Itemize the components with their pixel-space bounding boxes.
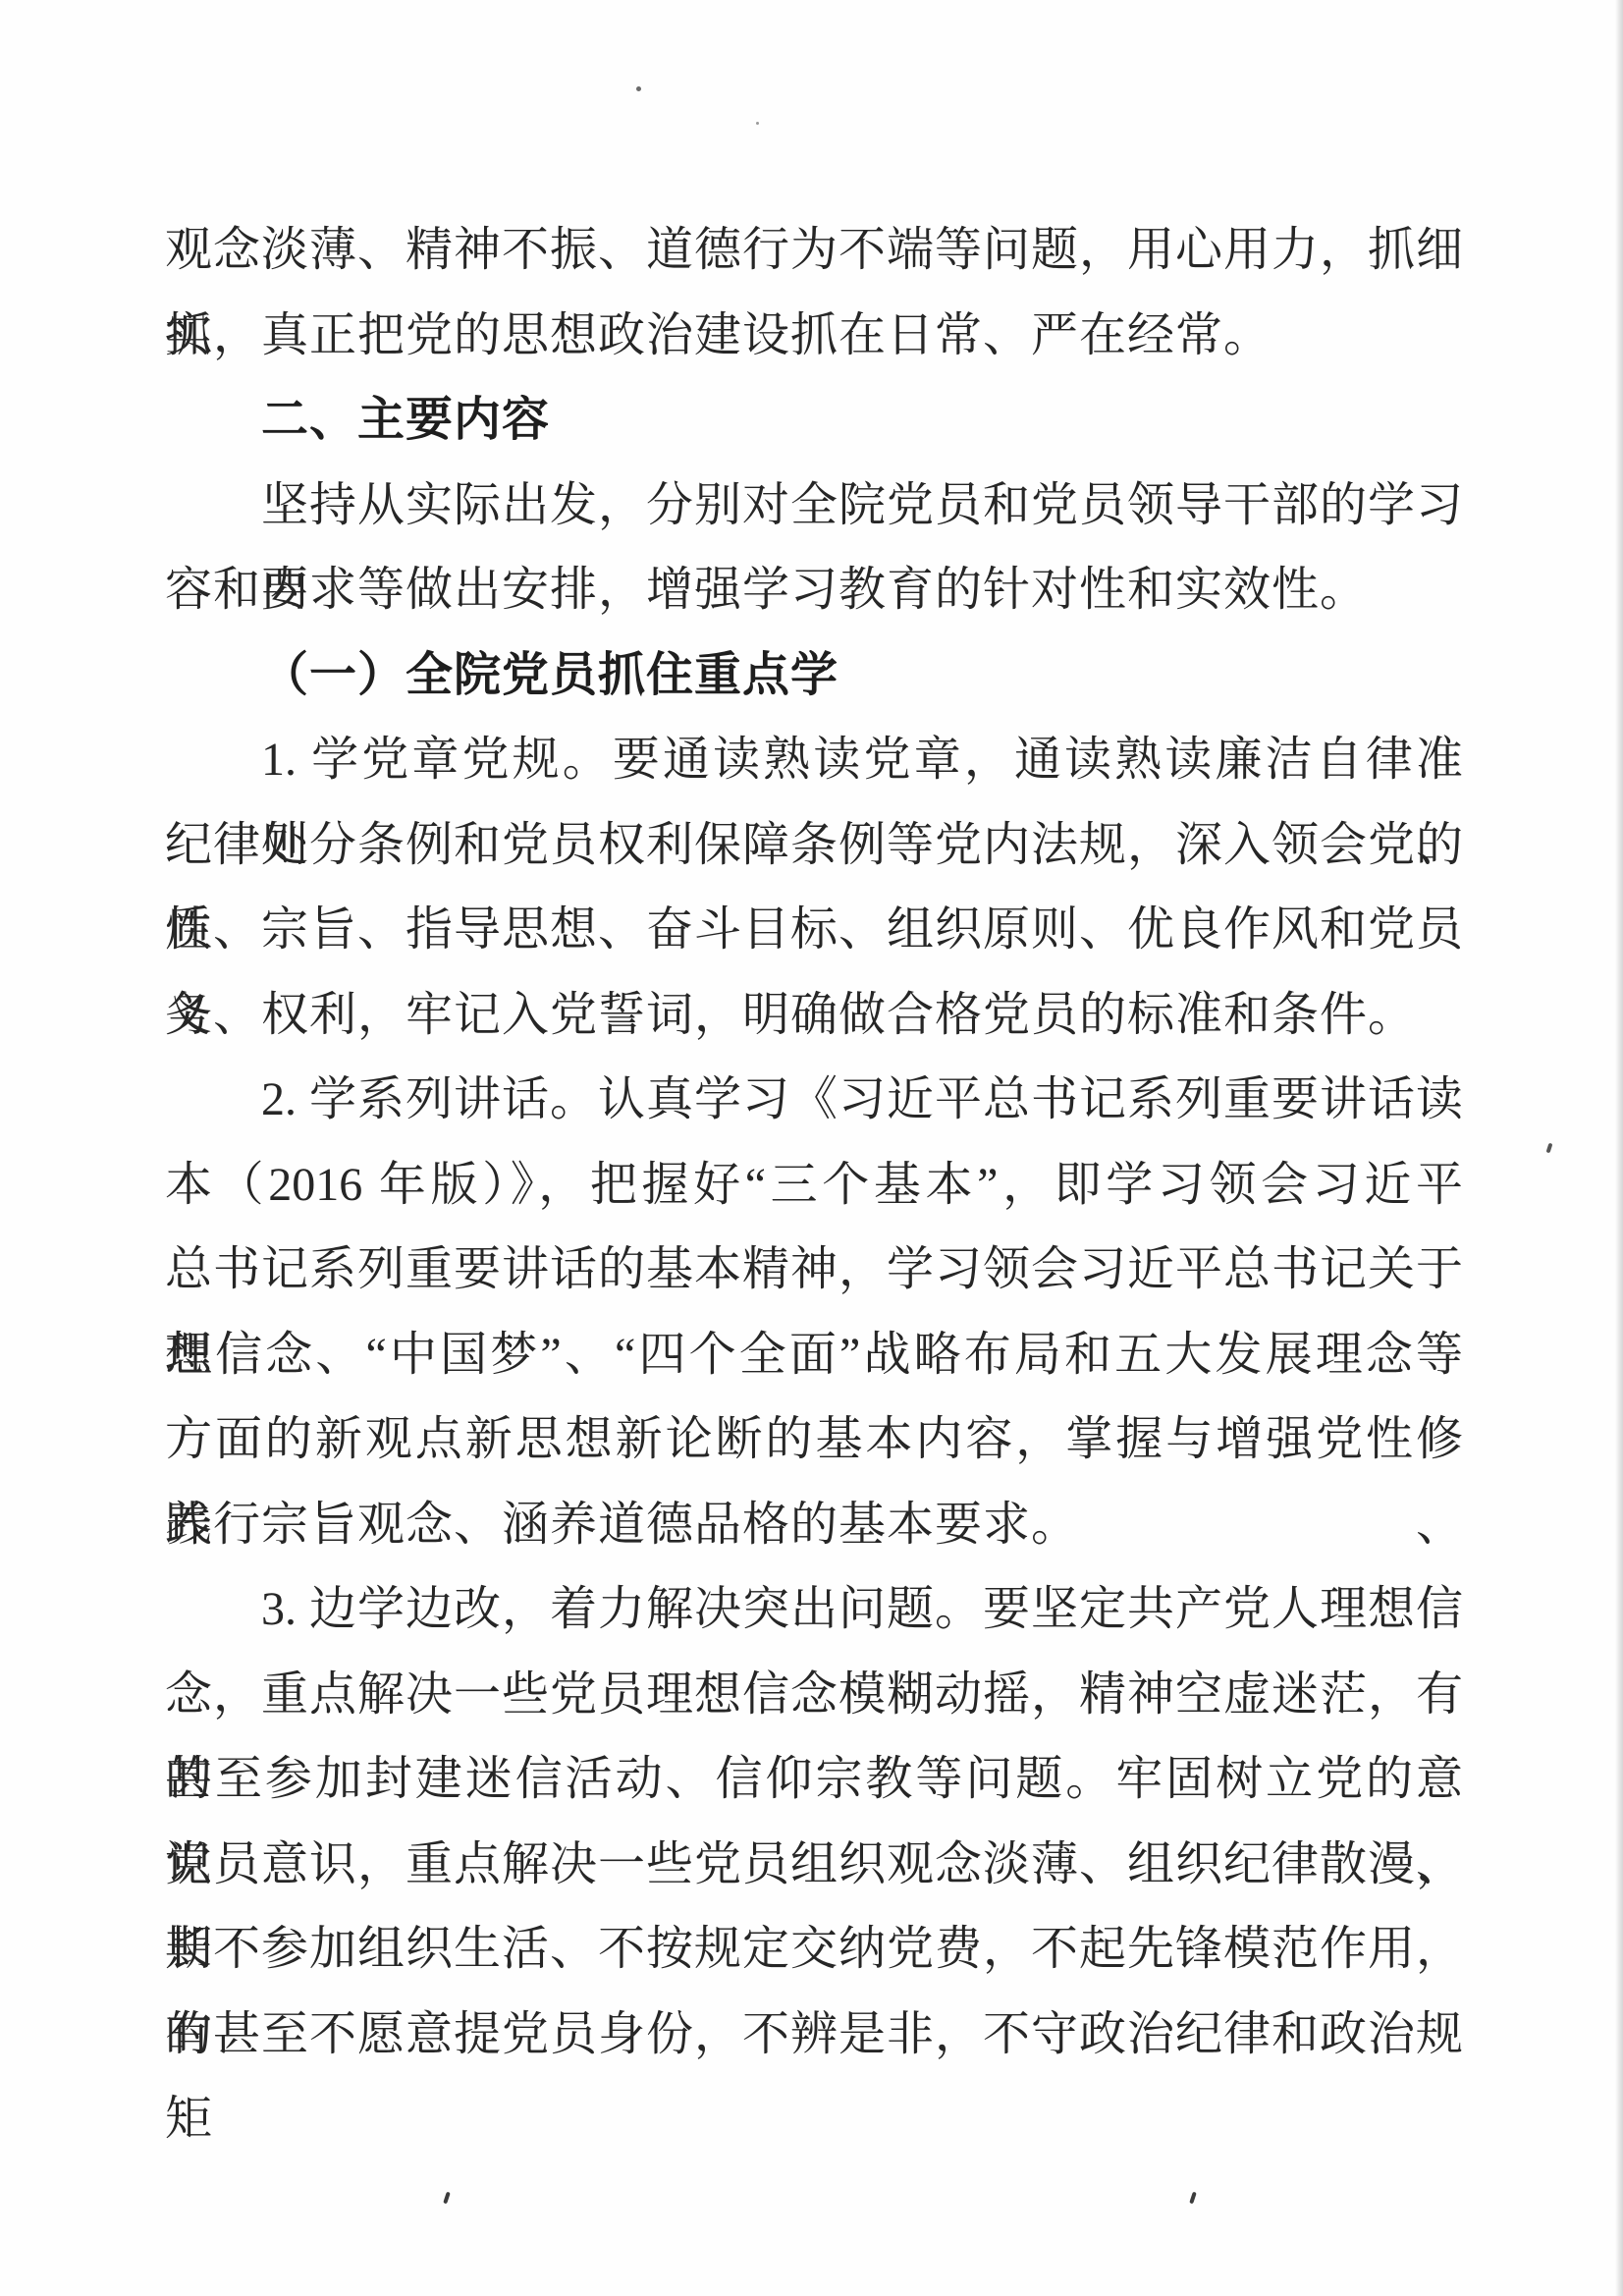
section-heading-main-content: 二、主要内容: [165, 378, 1463, 464]
body-line-12: 想信念、“中国梦”、“四个全面”战略布局和五大发展理念等: [165, 1313, 1463, 1398]
body-line-4: 容和要求等做出安排，增强学习教育的针对性和实效性。: [165, 548, 1463, 633]
body-line-3: 坚持从实际出发，分别对全院党员和党员领导干部的学习内: [165, 464, 1463, 549]
body-line-20: 的甚至不愿意提党员身份，不辨是非，不守政治纪律和政治规矩: [165, 1993, 1463, 2078]
body-line-15: 3. 边学边改，着力解决突出问题。要坚定共产党人理想信: [165, 1567, 1463, 1653]
scan-speck: [756, 122, 759, 125]
scanned-document-page: 观念淡薄、精神不振、道德行为不端等问题，用心用力，抓细抓 实，真正把党的思想政治…: [0, 0, 1623, 2296]
document-text-block: 观念淡薄、精神不振、道德行为不端等问题，用心用力，抓细抓 实，真正把党的思想政治…: [165, 208, 1463, 2077]
scan-edge-shadow: [1615, 0, 1623, 2296]
body-line-8: 务、权利，牢记入党誓词，明确做合格党员的标准和条件。: [165, 973, 1463, 1059]
scan-speck: [1546, 1143, 1553, 1154]
body-line-1: 观念淡薄、精神不振、道德行为不端等问题，用心用力，抓细抓: [165, 208, 1463, 294]
body-line-9: 2. 学系列讲话。认真学习《习近平总书记系列重要讲话读: [165, 1058, 1463, 1143]
body-line-7: 质、宗旨、指导思想、奋斗目标、组织原则、优良作风和党员义: [165, 888, 1463, 973]
body-line-10: 本（2016 年版）》，把握好“三个基本”，即学习领会习近平: [165, 1143, 1463, 1229]
body-line-5: 1. 学党章党规。要通读熟读党章，通读熟读廉洁自律准则、: [165, 718, 1463, 803]
scan-speck: [443, 2192, 451, 2205]
subsection-heading-key-study: （一）全院党员抓住重点学: [165, 633, 1463, 719]
body-line-19: 期不参加组织生活、不按规定交纳党费，不起先锋模范作用，有: [165, 1907, 1463, 1993]
scan-speck: [636, 86, 641, 91]
scan-speck: [1189, 2192, 1197, 2205]
body-line-18: 党员意识，重点解决一些党员组织观念淡薄、组织纪律散漫，长: [165, 1823, 1463, 1908]
body-line-6: 纪律处分条例和党员权利保障条例等党内法规，深入领会党的性: [165, 803, 1463, 889]
body-line-11: 总书记系列重要讲话的基本精神，学习领会习近平总书记关于理: [165, 1228, 1463, 1313]
body-line-13: 方面的新观点新思想新论断的基本内容，掌握与增强党性修养、: [165, 1397, 1463, 1483]
body-line-17: 甚至参加封建迷信活动、信仰宗教等问题。牢固树立党的意识、: [165, 1737, 1463, 1823]
body-line-2: 实，真正把党的思想政治建设抓在日常、严在经常。: [165, 294, 1463, 379]
body-line-16: 念，重点解决一些党员理想信念模糊动摇，精神空虚迷茫，有的: [165, 1653, 1463, 1738]
